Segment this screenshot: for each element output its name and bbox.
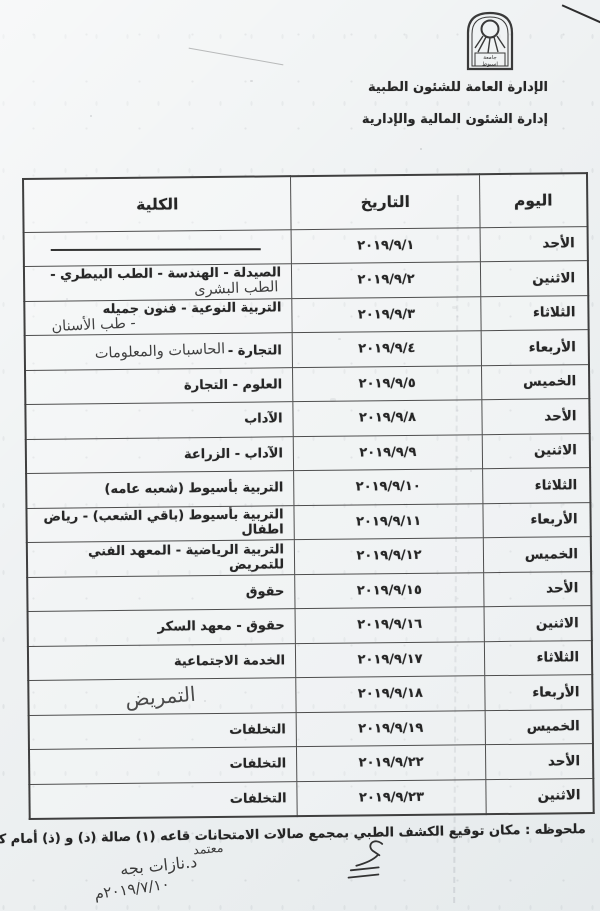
faculty-text: الآداب - الزراعة: [184, 446, 283, 462]
table-row: الاثنين٢٠١٩/٩/١٦حقوق - معهد السكر: [28, 606, 592, 646]
table-row: الأربعاء٢٠١٩/٩/٤التجارة -الحاسبات والمعل…: [25, 330, 589, 370]
signature-date-handwriting: ٢٠١٩/٧/١٠م: [93, 875, 171, 903]
pen-stroke-mark: [562, 4, 600, 25]
day-cell: الأربعاء: [485, 675, 593, 711]
faculty-handwritten-text: - طب الأسنان: [51, 315, 136, 335]
table-row: الثلاثاء٢٠١٩/٩/٣التربية النوعية - فنون ج…: [24, 295, 588, 335]
schedule-table-wrapper: اليوم التاريخ الكلية الأحد٢٠١٩/٩/١الاثني…: [22, 172, 595, 819]
logo-caption-top: جامعة: [483, 55, 497, 61]
scan-speckle: [90, 115, 92, 117]
date-cell: ٢٠١٩/٩/٢٢: [296, 745, 485, 781]
day-cell: الثلاثاء: [484, 640, 592, 676]
day-cell: الثلاثاء: [481, 295, 589, 331]
faculty-text: العلوم - التجارة: [184, 377, 282, 393]
day-cell: الاثنين: [486, 778, 594, 814]
date-cell: ٢٠١٩/٩/٢: [291, 262, 480, 298]
table-row: الخميس٢٠١٩/٩/٥العلوم - التجارة: [25, 364, 589, 404]
table-row: الأربعاء٢٠١٩/٩/١١التربية بأسيوط (باقي ال…: [26, 502, 590, 542]
scan-speckle: [250, 80, 253, 82]
column-header-faculty: الكلية: [23, 176, 291, 232]
faculty-text: حقوق: [246, 584, 285, 599]
faculty-cell: الآداب: [25, 402, 293, 439]
scan-speckle: [420, 148, 422, 150]
faculty-cell: التخلفات: [29, 781, 297, 818]
faculty-text: التجارة -: [228, 343, 282, 359]
day-cell: الأحد: [485, 744, 593, 780]
day-cell: الأحد: [482, 399, 590, 435]
faculty-cell: [24, 229, 292, 266]
date-cell: ٢٠١٩/٩/١٠: [294, 469, 483, 505]
column-header-day: اليوم: [479, 173, 587, 227]
faculty-cell: حقوق - معهد السكر: [28, 609, 296, 646]
faculty-cell: التربية النوعية - فنون جميله- طب الأسنان: [24, 298, 292, 335]
day-cell: الخميس: [483, 537, 591, 573]
date-cell: ٢٠١٩/٩/٤: [292, 331, 481, 367]
day-cell: الأربعاء: [481, 330, 589, 366]
day-cell: الاثنين: [480, 261, 588, 297]
table-row: الخميس٢٠١٩/٩/١٩التخلفات: [29, 709, 593, 749]
day-cell: الأحد: [484, 571, 592, 607]
date-cell: ٢٠١٩/٩/٣: [292, 296, 481, 332]
column-header-date: التاريخ: [290, 174, 480, 229]
faculty-cell: الآداب - الزراعة: [26, 436, 294, 473]
faculty-handwritten-text: الحاسبات والمعلومات: [94, 341, 225, 362]
faculty-text: التخلفات: [230, 791, 287, 807]
day-cell: الخميس: [481, 364, 589, 400]
faculty-text: التربية بأسيوط (شعبه عامه): [104, 481, 283, 498]
date-cell: ٢٠١٩/٩/٩: [293, 434, 482, 470]
faculty-text: حقوق - معهد السكر: [157, 619, 284, 635]
faculty-cell: التخلفات: [29, 712, 297, 749]
faculty-cell: التربية الرياضية - المعهد الفني للتمريض: [27, 540, 295, 577]
schedule-body: الأحد٢٠١٩/٩/١الاثنين٢٠١٩/٩/٢الصيدلة - ال…: [24, 226, 594, 818]
faculty-cell: الصيدلة - الهندسة - الطب البيطري -الطب ا…: [24, 264, 292, 301]
date-cell: ٢٠١٩/٩/١٧: [295, 641, 484, 677]
sun-icon: [482, 21, 499, 38]
university-logo: جامعة اسيوط: [463, 8, 517, 72]
faculty-cell: التربية بأسيوط (باقي الشعب) - رياض اطفال: [26, 505, 294, 542]
faculty-text: التخلفات: [229, 722, 286, 738]
day-cell: الاثنين: [482, 433, 590, 469]
faculty-cell: الخدمة الاجتماعية: [28, 643, 296, 680]
table-row: الأحد٢٠١٩/٩/٢٢التخلفات: [29, 744, 593, 784]
department-line-2: إدارة الشئون المالية والإدارية: [362, 112, 548, 127]
table-row: الاثنين٢٠١٩/٩/٩الآداب - الزراعة: [26, 433, 590, 473]
faculty-text: التربية النوعية - فنون جميله: [102, 300, 281, 317]
department-line-1: الإدارة العامة للشئون الطبية: [368, 80, 548, 95]
approved-handwriting: معتمد: [192, 840, 223, 858]
day-cell: الأربعاء: [483, 502, 591, 538]
signature-handwriting: د.نازات بجه: [119, 852, 198, 879]
signature-flourish: [330, 835, 397, 889]
date-cell: ٢٠١٩/٩/٢٣: [297, 779, 486, 815]
date-cell: ٢٠١٩/٩/١٦: [295, 607, 484, 643]
faculty-cell: التربية بأسيوط (شعبه عامه): [26, 471, 294, 508]
table-row: الأحد٢٠١٩/٩/١: [24, 226, 588, 266]
faculty-text: التخلفات: [229, 757, 286, 773]
faculty-cell: العلوم - التجارة: [25, 367, 293, 404]
faint-scratch-mark: [189, 48, 284, 66]
footer-note: ملحوظه : مكان توقيع الكشف الطبي بمجمع صا…: [0, 822, 586, 849]
sun-rays-icon: [475, 36, 505, 53]
day-cell: الاثنين: [484, 606, 592, 642]
table-row: الاثنين٢٠١٩/٩/٢الصيدلة - الهندسة - الطب …: [24, 261, 588, 301]
date-cell: ٢٠١٩/٩/٥: [292, 365, 481, 401]
table-row: الأحد٢٠١٩/٩/٨الآداب: [25, 399, 589, 439]
day-cell: الخميس: [485, 709, 593, 745]
faculty-text: الآداب: [244, 412, 282, 427]
faculty-handwritten-text: التمريض: [80, 678, 241, 715]
header-row: اليوم التاريخ الكلية: [23, 173, 588, 232]
faculty-text: التربية الرياضية - المعهد الفني للتمريض: [88, 542, 284, 573]
faculty-cell: التجارة -الحاسبات والمعلومات: [25, 333, 293, 370]
logo-caption-bottom: اسيوط: [482, 62, 498, 68]
scanned-document-page: جامعة اسيوط الإدارة العامة للشئون الطبية…: [0, 0, 600, 911]
faculty-cell: التمريض: [28, 678, 296, 715]
date-cell: ٢٠١٩/٩/١٢: [294, 538, 483, 574]
faculty-cell: حقوق: [27, 574, 295, 611]
date-cell: ٢٠١٩/٩/١٨: [296, 676, 485, 712]
table-row: الخميس٢٠١٩/٩/١٢التربية الرياضية - المعهد…: [27, 537, 591, 577]
blank-dash-line: [51, 248, 261, 251]
table-row: الاثنين٢٠١٩/٩/٢٣التخلفات: [29, 778, 593, 818]
faculty-text: التربية بأسيوط (باقي الشعب) - رياض اطفال: [43, 508, 283, 538]
table-row: الثلاثاء٢٠١٩/٩/١٧الخدمة الاجتماعية: [28, 640, 592, 680]
day-cell: الأحد: [480, 226, 588, 262]
day-cell: الثلاثاء: [483, 468, 591, 504]
table-row: الثلاثاء٢٠١٩/٩/١٠التربية بأسيوط (شعبه عا…: [26, 468, 590, 508]
table-row: الأحد٢٠١٩/٩/١٥حقوق: [27, 571, 591, 611]
faculty-handwritten-text: الطب البشرى: [194, 279, 279, 298]
exam-schedule-table: اليوم التاريخ الكلية الأحد٢٠١٩/٩/١الاثني…: [22, 172, 595, 819]
date-cell: ٢٠١٩/٩/٨: [293, 400, 482, 436]
table-row: الأربعاء٢٠١٩/٩/١٨التمريض: [28, 675, 592, 715]
date-cell: ٢٠١٩/٩/١١: [294, 503, 483, 539]
date-cell: ٢٠١٩/٩/١٥: [295, 572, 484, 608]
faculty-cell: التخلفات: [29, 747, 297, 784]
date-cell: ٢٠١٩/٩/١: [291, 227, 480, 263]
faculty-text: الخدمة الاجتماعية: [174, 653, 285, 669]
date-cell: ٢٠١٩/٩/١٩: [296, 710, 485, 746]
